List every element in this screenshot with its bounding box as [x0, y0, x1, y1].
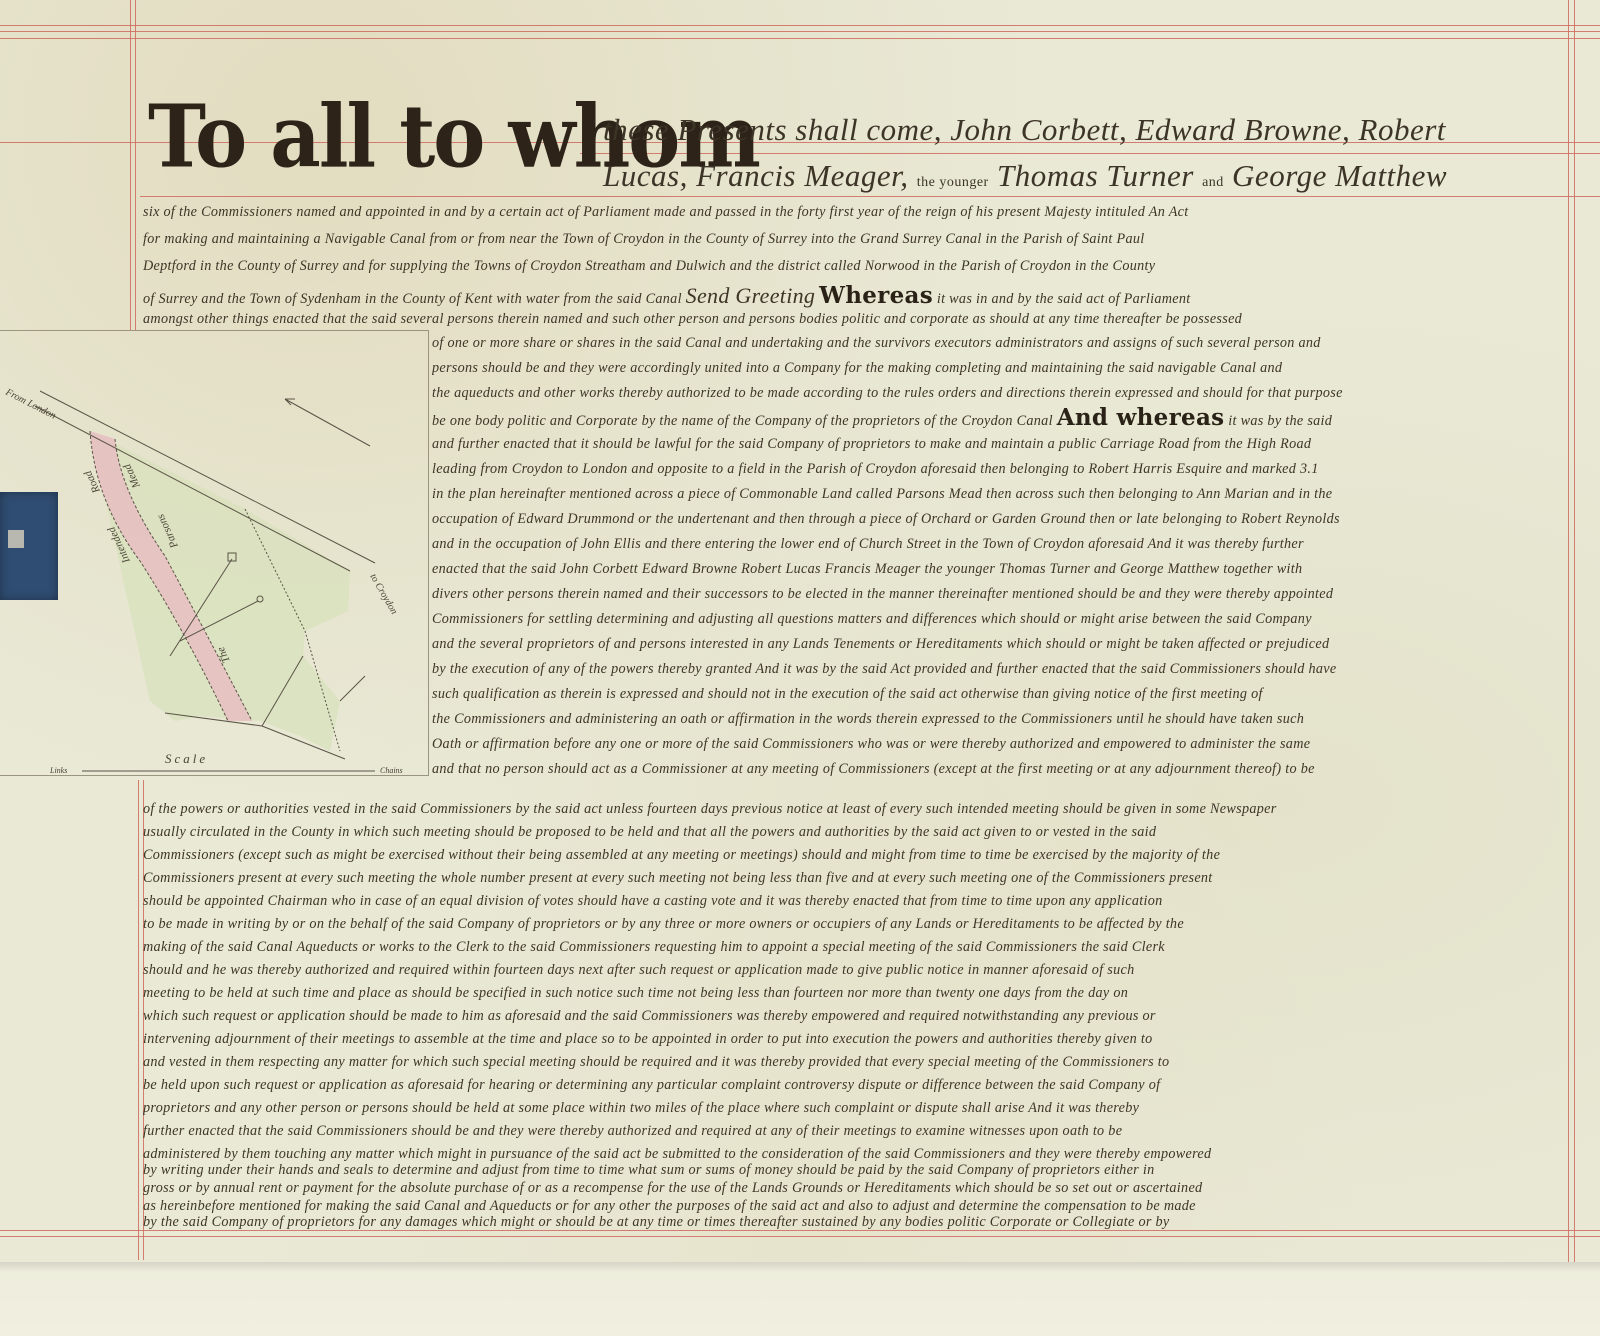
body-line: for making and maintaining a Navigable C… — [143, 231, 1563, 248]
map-scale-chains: Chains — [380, 766, 403, 775]
body-line: to be made in writing by or on the behal… — [143, 916, 1563, 933]
and-whereas-after: it was by the said — [1228, 413, 1332, 429]
body-line: which such request or application should… — [143, 1008, 1563, 1025]
map-scale-title: Scale — [165, 751, 208, 766]
blue-seal — [0, 492, 58, 600]
and-whereas-before: be one body politic and Corporate by the… — [432, 413, 1053, 429]
ruling-top-3 — [0, 38, 1600, 39]
send-greeting: Send Greeting — [686, 283, 816, 308]
body-line: and further enacted that it should be la… — [432, 436, 1562, 453]
body-line: by the said Company of proprietors for a… — [143, 1214, 1563, 1231]
plan-map: From London to Croydon Mead Parsons Inte… — [0, 330, 429, 776]
body-line: proprietors and any other person or pers… — [143, 1100, 1563, 1117]
body-line: Deptford in the County of Surrey and for… — [143, 258, 1563, 275]
body-line: enacted that the said John Corbett Edwar… — [432, 561, 1562, 578]
body-line: in the plan hereinafter mentioned across… — [432, 486, 1562, 503]
ruling-left-3 — [138, 780, 139, 1260]
body-line: leading from Croydon to London and oppos… — [432, 461, 1562, 478]
body-line: be held upon such request or application… — [143, 1077, 1563, 1094]
body-line: Commissioners for settling determining a… — [432, 611, 1562, 628]
body-line: persons should be and they were accordin… — [432, 360, 1562, 377]
ruling-top-2 — [0, 31, 1600, 32]
heading-names-a: Lucas, Francis Meager, — [603, 158, 908, 193]
body-line: such qualification as therein is express… — [432, 686, 1562, 703]
body-line: as hereinbefore mentioned for making the… — [143, 1198, 1563, 1215]
and-whereas-heading: And whereas — [1057, 404, 1225, 431]
greeting-before: of Surrey and the Town of Sydenham in th… — [143, 291, 682, 307]
body-line: and in the occupation of John Ellis and … — [432, 536, 1562, 553]
heading-younger: the younger — [917, 175, 989, 190]
ruling-heading-3 — [140, 196, 1600, 197]
body-line: administered by them touching any matter… — [143, 1146, 1563, 1163]
seal-stamp-icon — [8, 530, 24, 548]
folded-bottom-edge — [0, 1262, 1600, 1336]
body-line: Oath or affirmation before any one or mo… — [432, 736, 1562, 753]
ruling-right-1 — [1568, 0, 1569, 1262]
body-line: amongst other things enacted that the sa… — [143, 311, 1563, 328]
heading-line-1: these Presents shall come, John Corbett,… — [603, 112, 1446, 148]
whereas-heading: Whereas — [819, 282, 933, 309]
map-label-to-croydon: to Croydon — [367, 572, 399, 616]
ruling-right-2 — [1574, 0, 1575, 1262]
heading-names-b: Thomas Turner — [997, 158, 1194, 193]
body-line: Commissioners (except such as might be e… — [143, 847, 1563, 864]
heading-names-c: George Matthew — [1232, 158, 1447, 193]
body-line: Commissioners present at every such meet… — [143, 870, 1563, 887]
plan-map-drawing: From London to Croydon Mead Parsons Inte… — [0, 331, 428, 775]
body-line: by writing under their hands and seals t… — [143, 1162, 1563, 1179]
body-line: making of the said Canal Aqueducts or wo… — [143, 939, 1563, 956]
map-label-from-london: From London — [3, 386, 58, 421]
body-line: should and he was thereby authorized and… — [143, 962, 1563, 979]
body-line: gross or by annual rent or payment for t… — [143, 1180, 1563, 1197]
body-line: the aqueducts and other works thereby au… — [432, 385, 1562, 402]
send-greeting-line: of Surrey and the Town of Sydenham in th… — [143, 282, 1563, 309]
body-line: and the several proprietors of and perso… — [432, 636, 1562, 653]
body-line: by the execution of any of the powers th… — [432, 661, 1562, 678]
body-line: six of the Commissioners named and appoi… — [143, 204, 1563, 221]
ruling-bottom-2 — [0, 1236, 1600, 1237]
greeting-after: it was in and by the said act of Parliam… — [937, 291, 1191, 307]
and-whereas-line: be one body politic and Corporate by the… — [432, 404, 1562, 431]
body-line: should be appointed Chairman who in case… — [143, 893, 1563, 910]
map-scale-links: Links — [49, 766, 67, 775]
body-line: intervening adjournment of their meeting… — [143, 1031, 1563, 1048]
body-line: meeting to be held at such time and plac… — [143, 985, 1563, 1002]
heading-and: and — [1202, 175, 1224, 190]
heading-line-2: Lucas, Francis Meager, the younger Thoma… — [603, 158, 1447, 194]
ruling-top-1 — [0, 25, 1600, 26]
body-line: the Commissioners and administering an o… — [432, 711, 1562, 728]
ruling-left-1 — [130, 0, 131, 330]
body-line: occupation of Edward Drummond or the und… — [432, 511, 1562, 528]
body-line: further enacted that the said Commission… — [143, 1123, 1563, 1140]
ruling-left-2 — [135, 0, 136, 330]
body-line: of one or more share or shares in the sa… — [432, 335, 1562, 352]
body-line: and that no person should act as a Commi… — [432, 761, 1562, 778]
body-line: usually circulated in the County in whic… — [143, 824, 1563, 841]
body-line: of the powers or authorities vested in t… — [143, 801, 1563, 818]
body-line: divers other persons therein named and t… — [432, 586, 1562, 603]
body-line: and vested in them respecting any matter… — [143, 1054, 1563, 1071]
